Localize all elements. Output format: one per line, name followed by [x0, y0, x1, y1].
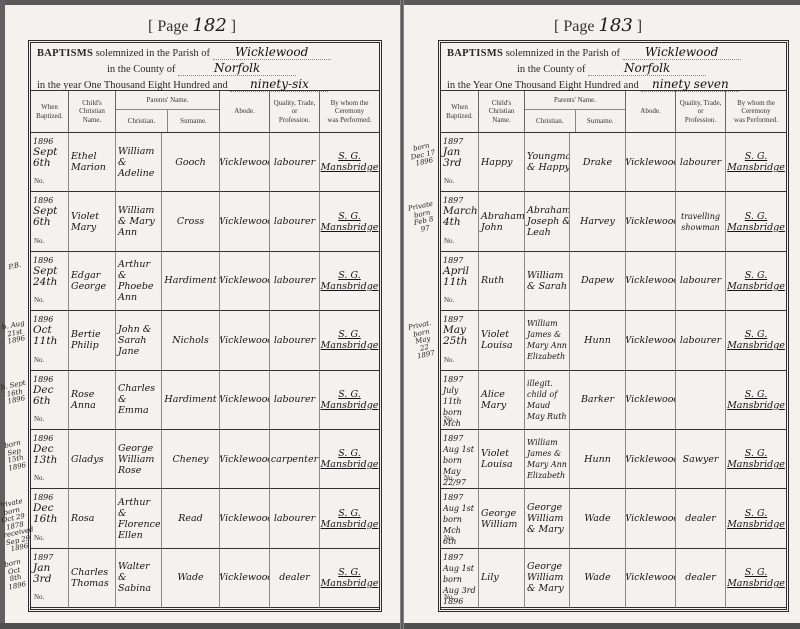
cell-abode: Wicklewood [220, 252, 270, 311]
cell-when-baptized: 1897April 11thNo. [441, 252, 479, 311]
cell-abode: Wicklewood [220, 549, 270, 608]
abode-text: Wicklewood [626, 513, 676, 524]
abode-text: Wicklewood [626, 275, 676, 286]
parent-christian-text: Abraham Joseph & Leah [527, 205, 570, 238]
col-abode: Abode. [220, 91, 270, 133]
register-grid: WhenBaptized. Child'sChristian Name. Par… [441, 91, 786, 133]
cell-parent-surname: Gooch [162, 133, 220, 192]
child-name-text: Violet Mary [71, 211, 113, 233]
quality-text: labourer [274, 513, 315, 524]
col-by-l1: By whom the [737, 99, 775, 108]
year-value: ninety seven [641, 77, 739, 92]
col-surname: Surname. [168, 110, 219, 132]
parent-christian-text: William & Sarah [527, 270, 567, 292]
abode-text: Wicklewood [220, 454, 270, 465]
entry-date: Dec 6th [33, 385, 66, 407]
cell-parent-christian: George William Rose [116, 430, 162, 489]
cell-when-baptized: 1896Sept 6thNo. [31, 192, 69, 251]
officiant-text: S. G. Mansbridge [321, 151, 379, 173]
col-by-l2: Ceremony [335, 107, 364, 116]
cell-child-name: Violet Louisa [479, 311, 525, 370]
page-label: [ Page [554, 18, 594, 35]
county-name: Norfolk [178, 61, 296, 76]
child-name-text: Ruth [481, 275, 504, 286]
cell-when-baptized: 1897May 25thNo. [441, 311, 479, 370]
col-parents-label: Parents' Name. [525, 91, 625, 110]
cell-parent-surname: Wade [570, 549, 626, 608]
parent-christian-text: George William Rose [118, 443, 159, 476]
entry-no-label: No. [34, 176, 44, 187]
child-name-text: Lily [481, 572, 499, 583]
cell-abode: Wicklewood [626, 192, 676, 251]
right-page: [ Page 183 ] BAPTISMS solemnized in the … [404, 0, 800, 629]
abode-text: Wicklewood [220, 275, 270, 286]
cell-parent-surname: Barker [570, 371, 626, 430]
parent-christian-text: Charles & Emma [118, 383, 159, 416]
cell-when-baptized: 1896Sept 24thNo. [31, 252, 69, 311]
year-text: in the year One Thousand Eight Hundred a… [37, 80, 228, 91]
county-text: in the County of [517, 64, 586, 75]
parent-christian-text: William James & Mary Ann Elizabeth [527, 318, 567, 362]
cell-abode: Wicklewood [220, 311, 270, 370]
cell-parent-christian: Abraham Joseph & Leah [525, 192, 570, 251]
cell-child-name: Ruth [479, 252, 525, 311]
quality-text: labourer [274, 216, 315, 227]
page-number-value: 182 [192, 15, 226, 36]
parent-surname-text: Gooch [175, 157, 205, 168]
cell-officiant: S. G. Mansbridge [726, 252, 786, 311]
cell-when-baptized: 1897Aug 1st born Mch 6th 1894No. [441, 489, 479, 548]
parent-christian-text: George William & Mary [527, 502, 567, 535]
officiant-text: S. G. Mansbridge [321, 389, 379, 411]
col-by-whom: By whom theCeremonywas Performed. [320, 91, 379, 133]
cell-officiant: S. G. Mansbridge [320, 311, 379, 370]
entry-no-label: No. [444, 592, 454, 603]
col-by-l1: By whom the [331, 99, 369, 108]
cell-parent-christian: Arthur & Phoebe Ann [116, 252, 162, 311]
child-name-text: George William [481, 508, 522, 530]
cell-quality: Sawyer [676, 430, 726, 489]
register-grid: WhenBaptized. Child'sChristian Name. Par… [31, 91, 379, 133]
cell-officiant: S. G. Mansbridge [320, 192, 379, 251]
quality-text: labourer [680, 335, 721, 346]
cell-officiant: S. G. Mansbridge [726, 371, 786, 430]
child-name-text: Rose Anna [71, 389, 113, 411]
page-bracket: ] [231, 18, 236, 35]
cell-quality: dealer [270, 549, 320, 608]
col-child-l2: Christian Name. [480, 107, 523, 124]
margin-note: born Oct 8th 1896 [0, 557, 31, 592]
child-name-text: Happy [481, 157, 512, 168]
parent-surname-text: Wade [177, 572, 203, 583]
entry-no-label: No. [34, 414, 44, 425]
cell-parent-surname: Cheney [162, 430, 220, 489]
parish-name: Wicklewood [623, 45, 741, 60]
child-name-text: Ethel Marion [71, 151, 113, 173]
entry-date: May 25th [443, 325, 476, 347]
child-name-text: Violet Louisa [481, 448, 522, 470]
parent-christian-text: William James & Mary Ann Elizabeth [527, 437, 567, 481]
parent-surname-text: Wade [584, 572, 610, 583]
entry-year: 1897 [443, 433, 476, 444]
register-title: BAPTISMS solemnized in the Parish of Wic… [441, 43, 786, 91]
cell-officiant: S. G. Mansbridge [726, 133, 786, 192]
abode-text: Wicklewood [220, 216, 270, 227]
left-page: [ Page 182 ] BAPTISMS solemnized in the … [0, 0, 400, 629]
cell-when-baptized: 1897Aug 1st born May 22/97No. [441, 430, 479, 489]
entry-year: 1896 [33, 374, 66, 385]
parent-surname-text: Cheney [172, 454, 208, 465]
abode-text: Wicklewood [626, 572, 676, 583]
cell-child-name: Charles Thomas [69, 549, 116, 608]
margin-note: b. Aug 21st 1896 [0, 320, 30, 347]
cell-parent-christian: Arthur & Florence Ellen [116, 489, 162, 548]
col-child-l2: Christian Name. [70, 107, 114, 124]
col-quality-l3: Profession. [279, 116, 310, 125]
cell-parent-christian: George William & Mary [525, 549, 570, 608]
officiant-text: S. G. Mansbridge [727, 329, 785, 351]
parent-surname-text: Harvey [580, 216, 615, 227]
cell-quality: labourer [270, 192, 320, 251]
heading-caps: BAPTISMS [37, 48, 93, 59]
quality-text: dealer [685, 572, 716, 583]
abode-text: Wicklewood [220, 394, 270, 405]
parish-line: BAPTISMS solemnized in the Parish of Wic… [447, 45, 780, 61]
cell-officiant: S. G. Mansbridge [726, 489, 786, 548]
col-parents: Parents' Name. Christian.Surname. [525, 91, 626, 133]
register-title: BAPTISMS solemnized in the Parish of Wic… [31, 43, 379, 91]
col-abode-label: Abode. [234, 107, 254, 116]
heading-text: solemnized in the Parish of [96, 48, 210, 59]
cell-child-name: Alice Mary [479, 371, 525, 430]
officiant-text: S. G. Mansbridge [727, 211, 785, 233]
officiant-text: S. G. Mansbridge [321, 270, 379, 292]
parent-christian-text: George William & Mary [527, 561, 567, 594]
entry-no-label: No. [444, 473, 454, 484]
cell-child-name: Violet Mary [69, 192, 116, 251]
entry-no-label: No. [34, 533, 44, 544]
cell-officiant: S. G. Mansbridge [320, 430, 379, 489]
parent-christian-text: illegit. child of Maud May Ruth [527, 378, 567, 422]
cell-child-name: Rose Anna [69, 371, 116, 430]
abode-text: Wicklewood [220, 513, 270, 524]
entry-no-label: No. [444, 236, 454, 247]
cell-parent-surname: Hardiment [162, 371, 220, 430]
cell-parent-christian: Youngman & Happy [525, 133, 570, 192]
cell-child-name: Bertie Philip [69, 311, 116, 370]
cell-abode: Wicklewood [626, 252, 676, 311]
officiant-text: S. G. Mansbridge [727, 508, 785, 530]
page-number: [ Page 183 ] [554, 15, 642, 36]
col-christian: Christian. [525, 110, 576, 132]
abode-text: Wicklewood [626, 454, 676, 465]
cell-parent-surname: Harvey [570, 192, 626, 251]
parent-surname-text: Nichols [172, 335, 208, 346]
parent-christian-text: Arthur & Florence Ellen [118, 497, 161, 541]
parent-christian-text: Walter & Sabina [118, 561, 159, 594]
cell-child-name: Abraham John [479, 192, 525, 251]
cell-quality: travelling showman [676, 192, 726, 251]
parent-christian-text: William & Mary Ann [118, 205, 159, 238]
margin-note: born Sep 15th 1896 [0, 439, 31, 474]
entry-date: Jan 3rd [33, 563, 66, 585]
cell-abode: Wicklewood [220, 371, 270, 430]
quality-text: labourer [274, 394, 315, 405]
cell-when-baptized: 1896Dec 6thNo. [31, 371, 69, 430]
parent-surname-text: Wade [584, 513, 610, 524]
entry-date: Oct 11th [33, 325, 66, 347]
margin-note: b. Sept 16th 1896 [0, 379, 30, 406]
cell-parent-christian: William James & Mary Ann Elizabeth [525, 311, 570, 370]
parent-christian-text: Youngman & Happy [527, 151, 570, 173]
col-quality: Quality, Trade,orProfession. [270, 91, 320, 133]
cell-child-name: Violet Louisa [479, 430, 525, 489]
col-when: WhenBaptized. [31, 91, 69, 133]
cell-parent-christian: illegit. child of Maud May Ruth [525, 371, 570, 430]
heading-caps: BAPTISMS [447, 48, 503, 59]
col-when-l2: Baptized. [36, 112, 63, 121]
col-christian: Christian. [116, 110, 168, 132]
col-child: Child'sChristian Name. [69, 91, 116, 133]
register-rows: 1896Sept 6thNo.Ethel MarionWilliam & Ade… [31, 133, 379, 608]
col-parents: Parents' Name. Christian.Surname. [116, 91, 220, 133]
entry-no-label: No. [34, 473, 44, 484]
cell-officiant: S. G. Mansbridge [320, 489, 379, 548]
cell-quality: labourer [270, 252, 320, 311]
entry-date: Sept 6th [33, 147, 66, 169]
cell-officiant: S. G. Mansbridge [726, 549, 786, 608]
entry-no-label: No. [444, 355, 454, 366]
cell-child-name: George William [479, 489, 525, 548]
cell-officiant: S. G. Mansbridge [320, 133, 379, 192]
officiant-text: S. G. Mansbridge [727, 389, 785, 411]
abode-text: Wicklewood [626, 335, 676, 346]
child-name-text: Alice Mary [481, 389, 522, 411]
col-parents-label: Parents' Name. [116, 91, 219, 110]
abode-text: Wicklewood [626, 216, 676, 227]
col-by-l2: Ceremony [741, 107, 770, 116]
parent-surname-text: Hunn [584, 335, 611, 346]
entry-date: March 4th [443, 206, 476, 228]
col-surname: Surname. [576, 110, 626, 132]
quality-text: dealer [685, 513, 716, 524]
cell-parent-surname: Nichols [162, 311, 220, 370]
child-name-text: Edgar George [71, 270, 113, 292]
entry-no-label: No. [34, 592, 44, 603]
cell-child-name: Lily [479, 549, 525, 608]
parent-christian-text: Arthur & Phoebe Ann [118, 259, 159, 303]
officiant-text: S. G. Mansbridge [321, 448, 379, 470]
child-name-text: Abraham John [481, 211, 525, 233]
cell-when-baptized: 1897March 4thNo. [441, 192, 479, 251]
col-quality-l1: Quality, Trade, [680, 99, 722, 108]
child-name-text: Gladys [71, 454, 104, 465]
quality-text: Sawyer [683, 454, 719, 465]
margin-note: Privat. born May 22 1897 [406, 320, 439, 362]
parish-line: BAPTISMS solemnized in the Parish of Wic… [37, 45, 373, 61]
cell-parent-surname: Cross [162, 192, 220, 251]
cell-parent-surname: Wade [570, 489, 626, 548]
col-quality-l2: or [698, 107, 704, 116]
entry-year: 1897 [443, 374, 476, 385]
cell-quality: labourer [676, 133, 726, 192]
register-table: BAPTISMS solemnized in the Parish of Wic… [438, 40, 789, 612]
quality-text: dealer [279, 572, 310, 583]
page-number-value: 183 [598, 15, 632, 36]
entry-no-label: No. [34, 355, 44, 366]
cell-abode: Wicklewood [220, 192, 270, 251]
cell-quality: carpenter [270, 430, 320, 489]
register-table: BAPTISMS solemnized in the Parish of Wic… [28, 40, 382, 612]
parent-surname-text: Hunn [584, 454, 611, 465]
col-by-whom: By whom theCeremonywas Performed. [726, 91, 786, 133]
cell-parent-christian: Walter & Sabina [116, 549, 162, 608]
entry-no-label: No. [444, 533, 454, 544]
cell-abode: Wicklewood [626, 489, 676, 548]
parent-surname-text: Cross [177, 216, 204, 227]
entry-no-label: No. [444, 295, 454, 306]
parent-surname-text: Dapew [581, 275, 614, 286]
entry-year: 1897 [443, 492, 476, 503]
register-rows: 1897Jan 3rdNo.HappyYoungman & HappyDrake… [441, 133, 786, 608]
cell-quality: labourer [270, 489, 320, 548]
cell-parent-christian: William & Sarah [525, 252, 570, 311]
cell-when-baptized: 1896Dec 13thNo. [31, 430, 69, 489]
quality-text: labourer [274, 335, 315, 346]
cell-quality: dealer [676, 549, 726, 608]
cell-parent-christian: Charles & Emma [116, 371, 162, 430]
cell-child-name: Edgar George [69, 252, 116, 311]
cell-when-baptized: 1896Dec 16thNo. [31, 489, 69, 548]
child-name-text: Rosa [71, 513, 94, 524]
parent-surname-text: Hardiment [164, 394, 216, 405]
cell-parent-surname: Hardiment [162, 252, 220, 311]
cell-child-name: Rosa [69, 489, 116, 548]
abode-text: Wicklewood [220, 157, 270, 168]
cell-parent-christian: George William & Mary [525, 489, 570, 548]
col-when: WhenBaptized. [441, 91, 479, 133]
col-child-l1: Child's [82, 99, 102, 108]
parish-name: Wicklewood [213, 45, 331, 60]
col-quality-l3: Profession. [685, 116, 716, 125]
officiant-text: S. G. Mansbridge [321, 211, 379, 233]
abode-text: Wicklewood [220, 335, 270, 346]
parent-christian-text: John & Sarah Jane [118, 324, 159, 357]
quality-text: labourer [274, 275, 315, 286]
margin-note: born Dec 17 1896 [408, 142, 438, 169]
officiant-text: S. G. Mansbridge [727, 270, 785, 292]
col-by-l3: was Performed. [328, 116, 372, 125]
cell-officiant: S. G. Mansbridge [320, 371, 379, 430]
county-name: Norfolk [588, 61, 706, 76]
entry-date: Sept 6th [33, 206, 66, 228]
entry-no-label: No. [444, 414, 454, 425]
quality-text: carpenter [271, 454, 318, 465]
cell-abode: Wicklewood [626, 311, 676, 370]
cell-parent-surname: Hunn [570, 311, 626, 370]
margin-note: P.B. [2, 260, 29, 273]
margin-note: Private born Feb 8 97 [407, 201, 439, 236]
abode-text: Wicklewood [220, 572, 270, 583]
child-name-text: Charles Thomas [71, 567, 113, 589]
entry-no-label: No. [444, 176, 454, 187]
parent-surname-text: Read [178, 513, 203, 524]
officiant-text: S. G. Mansbridge [321, 508, 379, 530]
entry-no-label: No. [34, 295, 44, 306]
cell-parent-surname: Hunn [570, 430, 626, 489]
cell-quality [676, 371, 726, 430]
cell-child-name: Happy [479, 133, 525, 192]
cell-parent-surname: Dapew [570, 252, 626, 311]
cell-when-baptized: 1897July 11th born Mch 29th 1897No. [441, 371, 479, 430]
entry-date: Jan 3rd [443, 147, 476, 169]
cell-child-name: Ethel Marion [69, 133, 116, 192]
parent-surname-text: Drake [583, 157, 612, 168]
entry-date: Sept 24th [33, 266, 66, 288]
parent-surname-text: Hardiment [164, 275, 216, 286]
cell-parent-christian: William & Adeline [116, 133, 162, 192]
cell-abode: Wicklewood [220, 133, 270, 192]
cell-abode: Wicklewood [626, 549, 676, 608]
cell-abode: Wicklewood [220, 489, 270, 548]
cell-abode: Wicklewood [220, 430, 270, 489]
cell-parent-christian: William James & Mary Ann Elizabeth [525, 430, 570, 489]
entry-date: Dec 13th [33, 444, 66, 466]
cell-quality: labourer [270, 371, 320, 430]
cell-officiant: S. G. Mansbridge [726, 311, 786, 370]
cell-officiant: S. G. Mansbridge [726, 430, 786, 489]
cell-when-baptized: 1896Sept 6thNo. [31, 133, 69, 192]
county-text: in the County of [107, 64, 176, 75]
cell-parent-christian: William & Mary Ann [116, 192, 162, 251]
col-when-l2: Baptized. [446, 112, 473, 121]
heading-text: solemnized in the Parish of [506, 48, 620, 59]
cell-quality: labourer [676, 311, 726, 370]
entry-date: Dec 16th [33, 503, 66, 525]
officiant-text: S. G. Mansbridge [727, 151, 785, 173]
parent-surname-text: Barker [581, 394, 614, 405]
col-child-l1: Child's [492, 99, 512, 108]
entry-year: 1897 [443, 552, 476, 563]
cell-parent-surname: Wade [162, 549, 220, 608]
county-line: in the County of Norfolk [37, 61, 373, 77]
cell-parent-surname: Read [162, 489, 220, 548]
child-name-text: Bertie Philip [71, 329, 113, 351]
cell-quality: labourer [270, 311, 320, 370]
year-text: in the Year One Thousand Eight Hundred a… [447, 80, 639, 91]
cell-officiant: S. G. Mansbridge [726, 192, 786, 251]
cell-officiant: S. G. Mansbridge [320, 252, 379, 311]
entry-no-label: No. [34, 236, 44, 247]
col-quality-l1: Quality, Trade, [274, 99, 316, 108]
child-name-text: Violet Louisa [481, 329, 522, 351]
officiant-text: S. G. Mansbridge [321, 329, 379, 351]
cell-when-baptized: 1897Jan 3rdNo. [31, 549, 69, 608]
col-abode-label: Abode. [640, 107, 660, 116]
col-when-l1: When [451, 103, 468, 112]
year-value: ninety-six [230, 77, 328, 92]
officiant-text: S. G. Mansbridge [321, 567, 379, 589]
abode-text: Wicklewood [626, 157, 676, 168]
quality-text: labourer [680, 275, 721, 286]
cell-quality: labourer [270, 133, 320, 192]
cell-abode: Wicklewood [626, 133, 676, 192]
page-number: [ Page 182 ] [148, 15, 236, 36]
quality-text: travelling showman [678, 211, 723, 233]
page-bracket: ] [637, 18, 642, 35]
entry-date: April 11th [443, 266, 476, 288]
page-label: [ Page [148, 18, 188, 35]
